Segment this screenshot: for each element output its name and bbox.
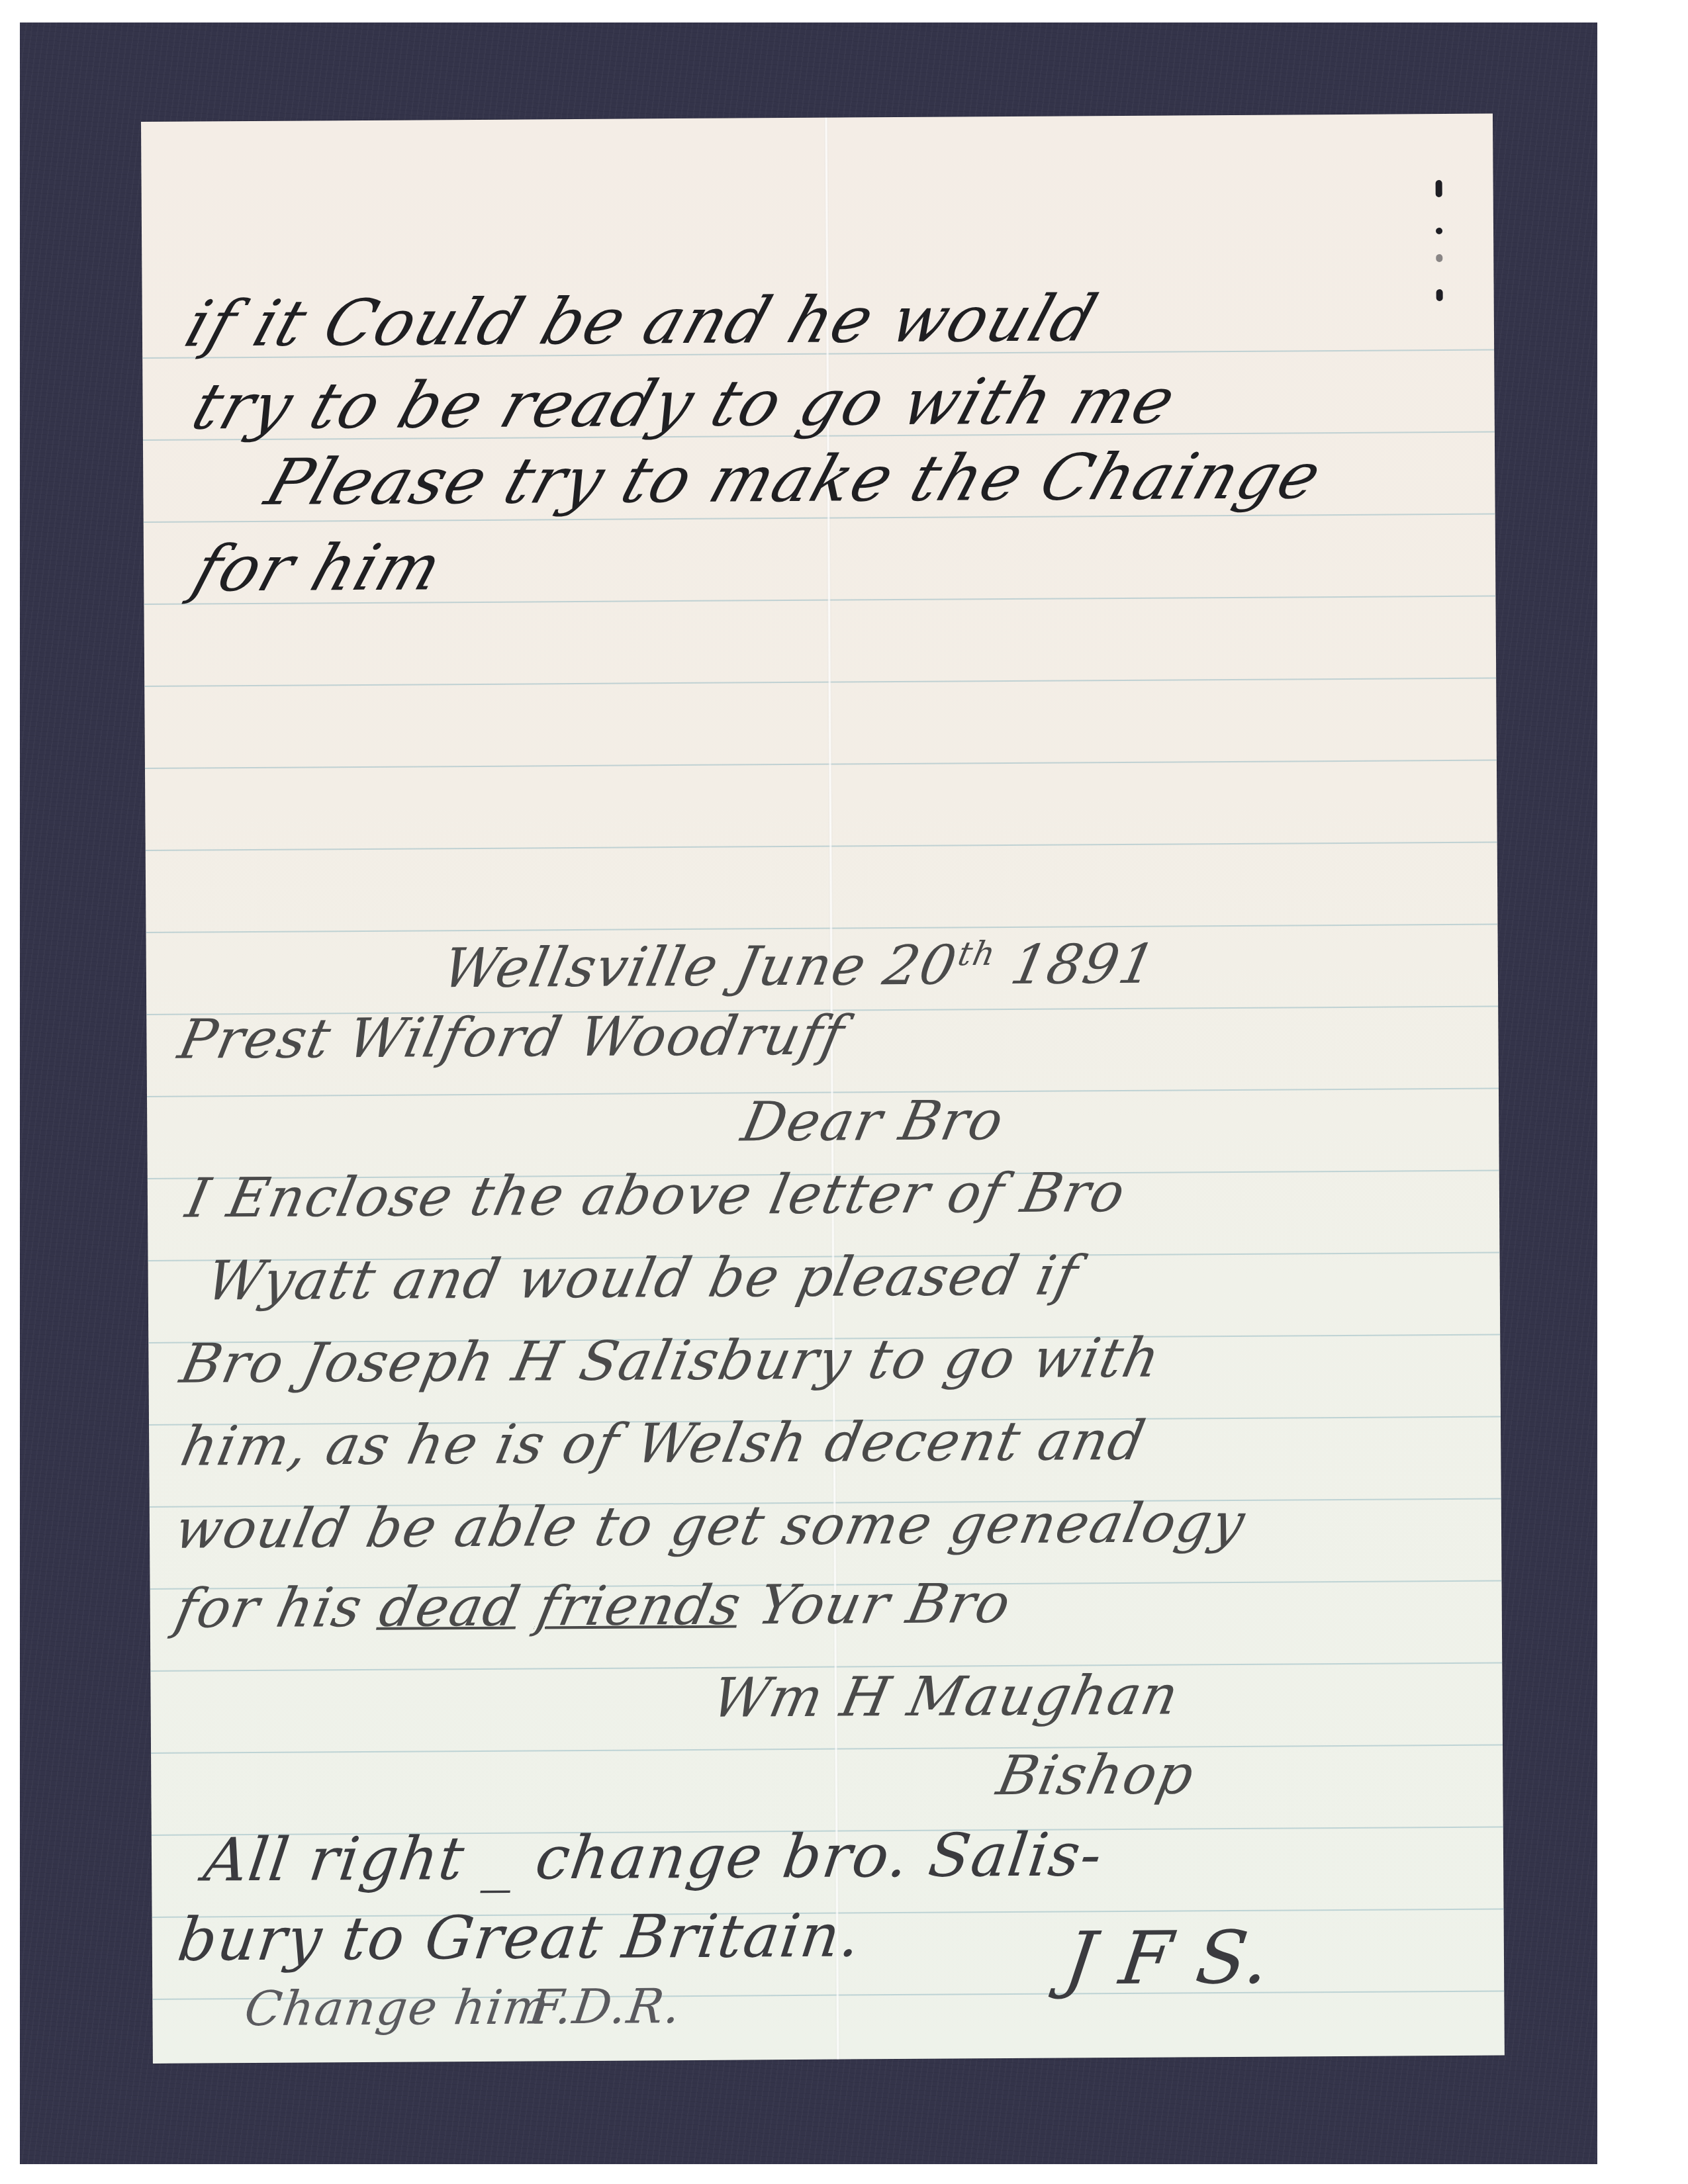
continuation-line-2: try to be ready to go with me [184,363,1186,443]
hole-mark [1436,180,1442,197]
body-line-6-text: for his [170,1576,387,1641]
punch-holes [1436,180,1446,312]
annotation-1-line-1: All right _ change bro. Salis- [200,1820,1107,1895]
hole-mark [1436,254,1442,262]
place-date-text: Wellsville June 20 [438,934,962,1000]
addressee: Prest Wilford Woodruff [173,1004,851,1071]
letter-paper: if it Could be and he would try to be re… [141,114,1505,2064]
closing: Your Bro [753,1572,1017,1637]
signature-title: Bishop [992,1743,1200,1807]
date-suffix: th [955,934,1000,973]
continuation-line-4: for him [185,530,451,606]
hole-mark [1436,228,1442,234]
annotation-2-initials: F.D.R. [526,1978,685,2034]
annotation-1-initials: J F S. [1060,1915,1276,2001]
ruled-line [144,678,1496,687]
continuation-line-1: if it Could be and he would [177,281,1107,361]
ruled-line [151,1744,1503,1753]
annotation-1-line-2: bury to Great Britain. [174,1901,866,1974]
body-line-1: I Enclose the above letter of Bro [181,1161,1131,1230]
ruled-line [145,760,1497,769]
body-line-4: him, as he is of Welsh decent and [175,1410,1151,1479]
underlined-word-dead: dead [374,1575,526,1639]
hole-mark [1436,289,1443,301]
body-line-5: would be able to get some genealogy [169,1492,1251,1561]
signature: Wm H Maughan [707,1664,1185,1729]
body-line-6: for his dead friends Your Bro [170,1572,1017,1641]
salutation: Dear Bro [736,1089,1009,1154]
ruled-line [146,924,1497,933]
annotation-2-line-1: Change him [242,1979,553,2036]
year: 1891 [1006,933,1162,997]
body-line-2: Wyatt and would be pleased if [201,1244,1084,1312]
continuation-line-3: Please try to make the Chainge [257,439,1331,520]
ruled-line [146,842,1497,851]
place-date: Wellsville June 20th 1891 [438,933,1162,1001]
body-line-3: Bro Joseph H Salisbury to go with [175,1327,1166,1396]
underlined-word-friends: friends [532,1574,747,1638]
